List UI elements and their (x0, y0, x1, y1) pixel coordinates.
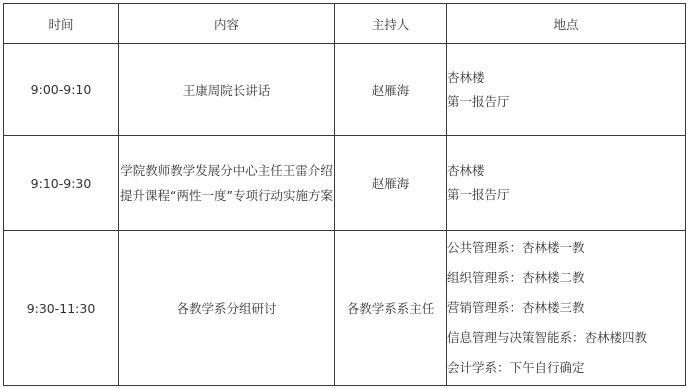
place-line: 信息管理与决策智能系：杏林楼四教 (447, 323, 685, 353)
place-line: 杏林楼 (447, 159, 685, 183)
place-line: 会计学系：下午自行确定 (447, 353, 685, 383)
header-place: 地点 (447, 4, 686, 44)
cell-content: 各教学系分组研讨 (119, 231, 335, 386)
cell-time: 9:00-9:10 (4, 44, 119, 136)
cell-time: 9:30-11:30 (4, 231, 119, 386)
header-host: 主持人 (335, 4, 447, 44)
table-row: 9:30-11:30 各教学系分组研讨 各教学系系主任 公共管理系：杏林楼一教 … (4, 231, 686, 386)
cell-host: 各教学系系主任 (335, 231, 447, 386)
table-row: 9:00-9:10 王康周院长讲话 赵雁海 杏林楼 第一报告厅 (4, 44, 686, 136)
header-row: 时间 内容 主持人 地点 (4, 4, 686, 44)
cell-place: 杏林楼 第一报告厅 (447, 44, 686, 136)
place-line: 第一报告厅 (447, 183, 685, 207)
header-content: 内容 (119, 4, 335, 44)
cell-content: 学院教师教学发展分中心主任王雷介绍提升课程“两性一度”专项行动实施方案 (119, 136, 335, 231)
header-time: 时间 (4, 4, 119, 44)
cell-content: 王康周院长讲话 (119, 44, 335, 136)
place-line: 杏林楼 (447, 66, 685, 90)
cell-host: 赵雁海 (335, 136, 447, 231)
cell-time: 9:10-9:30 (4, 136, 119, 231)
place-line: 组织管理系：杏林楼二教 (447, 263, 685, 293)
schedule-table: 时间 内容 主持人 地点 9:00-9:10 王康周院长讲话 赵雁海 杏林楼 第… (3, 3, 686, 386)
cell-place: 公共管理系：杏林楼一教 组织管理系：杏林楼二教 营销管理系：杏林楼三教 信息管理… (447, 231, 686, 386)
cell-host: 赵雁海 (335, 44, 447, 136)
place-line: 第一报告厅 (447, 90, 685, 114)
table-row: 9:10-9:30 学院教师教学发展分中心主任王雷介绍提升课程“两性一度”专项行… (4, 136, 686, 231)
cell-place: 杏林楼 第一报告厅 (447, 136, 686, 231)
place-line: 公共管理系：杏林楼一教 (447, 233, 685, 263)
place-line: 营销管理系：杏林楼三教 (447, 293, 685, 323)
